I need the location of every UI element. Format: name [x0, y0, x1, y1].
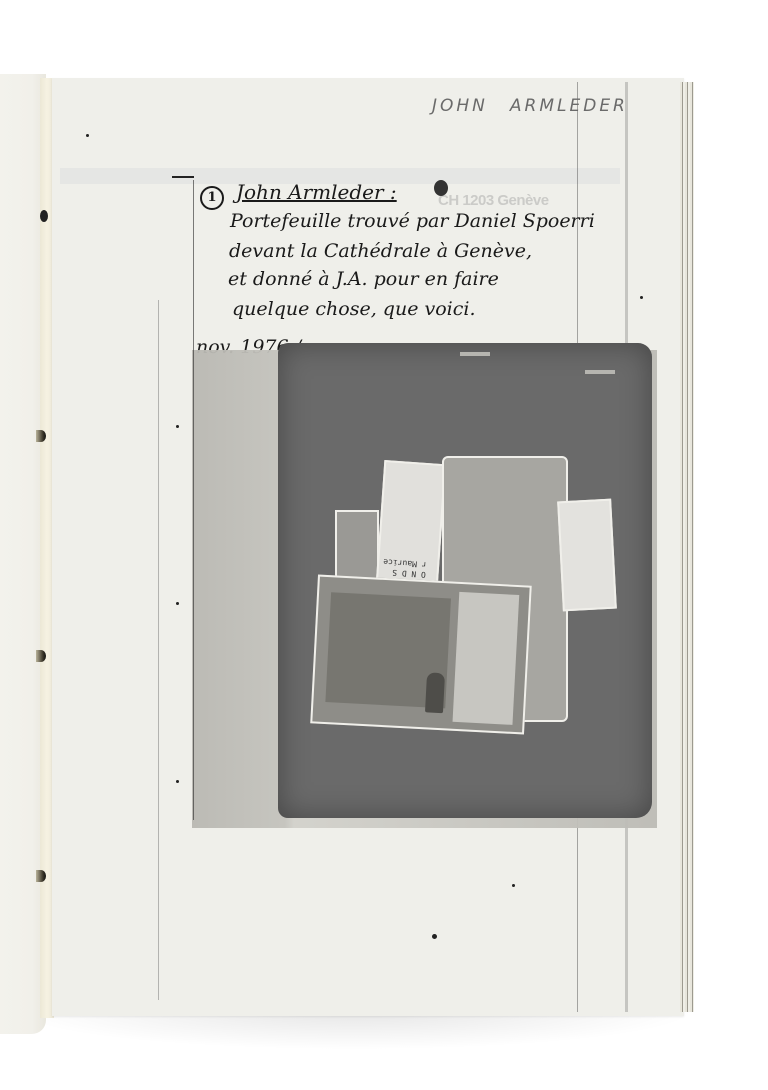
photo-strip [453, 592, 520, 725]
speck [86, 134, 89, 137]
note-line: quelque chose, que voici. [232, 298, 475, 320]
artist-name-header: JOHNARMLEDER [432, 96, 650, 116]
show-through-address: CH 1203 Genève [438, 192, 549, 209]
binder-ring [36, 650, 46, 662]
speck [176, 602, 179, 605]
page-shadow [10, 1010, 700, 1050]
ticket-card: O N D S r Maurice [376, 460, 446, 588]
speck [512, 884, 515, 887]
photograph-card [310, 575, 532, 735]
note-line: devant la Cathédrale à Genève, [229, 240, 532, 262]
binder-ring [36, 430, 46, 442]
ticket-text: O N D S r Maurice [382, 556, 427, 579]
note-line: et donné à J.A. pour en faire [228, 268, 499, 290]
note-line: Portefeuille trouvé par Daniel Spoerri [230, 210, 595, 232]
speck [176, 780, 179, 783]
page-stack-edges [680, 82, 694, 1012]
photo-figure [425, 672, 445, 713]
punch-hole [40, 210, 48, 222]
speck [176, 425, 179, 428]
ink-blot [434, 180, 448, 196]
speck [640, 296, 643, 299]
margin-mark [172, 176, 194, 178]
note-number: 1 [200, 186, 224, 210]
binder-ring [36, 870, 46, 882]
note-title: John Armleder : [236, 180, 397, 204]
header-last-name: ARMLEDER [510, 96, 628, 116]
wallet-highlight [585, 370, 615, 374]
card-right [557, 499, 617, 612]
header-first-name: JOHN [432, 96, 488, 116]
photocopy-line [158, 300, 159, 1000]
speck [432, 934, 437, 939]
wallet-highlight [460, 352, 490, 356]
photocopy-edge [193, 180, 194, 820]
